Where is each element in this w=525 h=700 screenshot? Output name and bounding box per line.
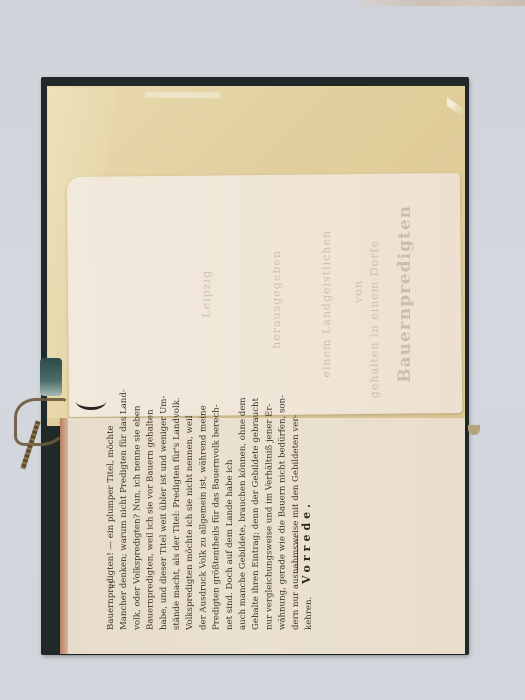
text-line: stände macht, als der Titel: Predigten f… — [171, 430, 184, 630]
title-bleed-line: gehalten in einem Dorfe — [368, 240, 381, 398]
page-edge — [60, 418, 68, 654]
title-bleed-line: einem Landgeistlichen — [320, 230, 333, 378]
text-line: Bauernpredigten! — ein plumper Titel, mö… — [105, 430, 118, 630]
title-bleed-line: herausgegeben — [270, 250, 283, 349]
text-line: Predigten größtentheils für das Bauernvo… — [211, 430, 224, 630]
text-line: kehren. — [303, 430, 316, 630]
text-line: net sind. Doch auf dem Lande habe ich — [224, 430, 237, 630]
text-line: nur vergleichungsweise und im Verhältniß… — [263, 430, 276, 630]
text-line: volk, oder Volkspredigten? Nun, ich nenn… — [131, 430, 144, 630]
text-line: Bauernpredigten, weil ich sie vor Bauern… — [145, 430, 158, 630]
bookmark-cord — [14, 398, 68, 446]
torn-corner — [76, 393, 106, 410]
page-body: Bauernpredigten! — ein plumper Titel, mö… — [105, 430, 316, 630]
endpaper-strip — [145, 92, 220, 99]
text-line: Volkspredigten möchte ich sie nicht nenn… — [184, 430, 197, 630]
title-bleed-line: Leipzig — [200, 270, 213, 318]
tablecloth-edge — [360, 0, 525, 6]
text-line: auch manche Gebildete, brauchen können, … — [237, 430, 250, 630]
title-bleed-line: von — [352, 280, 365, 303]
text-line: der Ausdruck Volk zu allgemein ist, währ… — [197, 430, 210, 630]
text-line: habe, und dieser Titel weit übler ist un… — [158, 430, 171, 630]
signature-mark: a1 — [108, 580, 116, 589]
text-line: wähnung, gerade wie die Bauern nicht bed… — [277, 430, 290, 630]
page-tab — [468, 425, 480, 435]
text-line: dern nur ausnahmsweise mit den Gebildete… — [290, 430, 303, 630]
text-line: Gehalte ihren Eintrag; denn der Gebildet… — [250, 430, 263, 630]
title-bleed-line: Bauernpredigten — [395, 205, 415, 383]
spine-fragment — [40, 358, 62, 396]
text-line: Mancher denken; warum nicht Predigten fü… — [118, 430, 131, 630]
